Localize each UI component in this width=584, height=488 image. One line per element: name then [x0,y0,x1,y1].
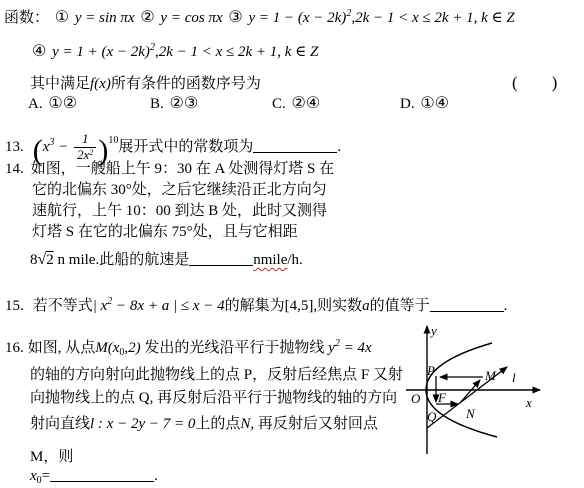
q16-line-l-equation: l : x − 2y − 7 = 0 [90,416,195,432]
q14-line2: 它的北偏东 30°处，之后它继续沿正北方向匀 [32,180,327,200]
q14-line5: 8√2 n mile.此船的航速是nmile/h. [30,250,303,270]
q13-answer-blank [253,141,337,153]
q15-mid2: 则实数 [317,298,362,314]
q14-radicand: 2 [46,252,54,268]
q16-line4-cn1: 射向直线 [30,416,90,432]
ray-n-to-m [460,380,480,403]
q12-answer-parens: () [512,73,557,93]
q14-number: 14. [5,161,24,177]
point-n-label: N [465,406,476,421]
q16-point-n: N, [240,416,254,432]
q12-option-d-value: ①④ [418,95,451,112]
q16-answer-blank [50,470,154,482]
q12-option-d: D. ①④ [400,93,451,113]
q14-line3-text: 速航行，上午 10：00 到达 B 处，此时又测得 [32,203,327,219]
q12-paren-close: ) [552,73,558,92]
q14-radical-sign: √ [38,251,47,268]
q14-speed-unit-rest: /h. [287,252,302,268]
q14-answer-blank [189,254,253,266]
line-l-label: l [512,370,516,385]
q12-option-b-label: B. [150,96,164,112]
q15-post: 的值等于 [370,298,430,314]
q13-fraction-denominator-exp: 2 [89,148,93,157]
q16-line4-cn3: 再反射后又射回点 [254,416,378,432]
q14-line4: 灯塔 S 在它的北偏东 75°处，且与它相距 [32,222,298,242]
q16-parabola-y: y [328,340,335,356]
q16-line4-cn2: 上的点 [195,416,240,432]
q15-var-a: a [362,298,370,314]
q12-lead-label: 函数： [4,10,49,26]
q14-line1: 14.如图，一艘船上午 9：30 在 A 处测得灯塔 S 在 [5,159,334,179]
q13-minus: − [54,139,72,155]
q13-outer-exponent: 10 [108,135,118,146]
q16-line3-text: 向抛物线上的点 Q, 再反射后沿平行于抛物线的轴的方向 [30,390,397,406]
q16-parabola-rest: = 4x [340,340,372,356]
q12-item2-number: ② [138,9,156,26]
q12-option-a-label: A. [28,96,43,112]
q12-functions-line2: ④ y = 1 + (x − 2k)2,2k − 1 < x ≤ 2k + 1,… [30,38,318,62]
q16-line3: 向抛物线上的点 Q, 再反射后沿平行于抛物线的轴的方向 [30,388,397,408]
q13-text: 展开式中的常数项为 [118,139,253,155]
q12-item2-formula: y = cos πx [160,10,222,26]
q16-x0-var: x [30,468,37,484]
q16-line4: 射向直线l : x − 2y − 7 = 0上的点N, 再反射后又射回点 [30,414,378,434]
focus-f-label: F [437,390,447,405]
q15-inequality: − 8x + a | ≤ x − 4 [112,298,224,314]
q16-line2: 的轴的方向射向此抛物线上的点 P，反射后经焦点 F 又射 [30,365,403,385]
q12-item1-formula: y = sin πx [75,10,135,26]
q14-line2-text: 它的北偏东 30°处，之后它继续沿正北方向匀 [32,182,327,198]
q12-option-a-value: ①② [46,95,79,112]
q15-mid: 的解集为 [225,298,285,314]
q14-line3: 速航行，上午 10：00 到达 B 处，此时又测得 [32,201,327,221]
q16-line5: M，则 [30,447,73,467]
q16-line1-cn2: 发出的光线沿平行于抛物线 [141,340,329,356]
x-axis-label: x [525,395,532,410]
q12-option-c-value: ②④ [290,95,323,112]
q12-stem-fx: f(x) [90,76,111,92]
q12-option-b: B. ②③ [150,93,200,113]
q12-item3-number: ③ [226,9,244,26]
q12-stem-pre: 其中满足 [30,76,90,92]
q15-pre: 若不等式 [33,298,93,314]
q14-speed-unit-word: nmile [253,252,287,268]
point-m-label: M [484,368,497,383]
q12-item4-number: ④ [30,43,48,60]
q15-abs-open: | x [93,298,108,314]
q12-option-d-label: D. [400,96,415,112]
q12-item1-number: ① [53,9,71,26]
y-axis-label: y [429,323,437,338]
q12-option-c: C. ②④ [272,93,322,113]
q16-line2-text: 的轴的方向射向此抛物线上的点 P，反射后经焦点 F 又射 [30,367,403,383]
q14-line5-text: 此船的航速是 [99,252,189,268]
q16-line5-text: M，则 [30,449,73,465]
point-p-label: P [426,363,435,378]
q12-item3-formula: y = 1 − (x − 2k) [248,10,346,26]
q16-number: 16. [5,340,24,356]
q12-item4-formula: y = 1 + (x − 2k) [52,44,150,60]
q12-item4-domain: ,2k − 1 < x ≤ 2k + 1, k ∈ Z [155,44,318,60]
q15-period: . [504,298,508,314]
q16-parabola-figure: y x O P M l F Q N [402,320,552,468]
q14-line1-text: 如图，一艘船上午 9：30 在 A 处测得灯塔 S 在 [31,161,334,177]
q16-line6: x0=. [30,466,158,488]
q12-option-b-value: ②③ [168,95,201,112]
q13-fraction-numerator: 1 [82,132,89,147]
q14-distance-coeff: 8 [30,252,38,268]
q16-line1: 16.如图, 从点M(x0,2) 发出的光线沿平行于抛物线 y2 = 4x [5,334,372,363]
origin-label: O [411,391,421,406]
q12-paren-open: ( [512,73,518,92]
exam-page: 函数： ① y = sin πx ② y = cos πx ③ y = 1 − … [0,0,584,488]
q16-line1-cn1: 如图, 从点 [28,340,96,356]
q12-option-c-label: C. [272,96,286,112]
q15-number: 15. [5,298,24,314]
q16-x0-equals: = [42,468,50,484]
point-q-label: Q [427,409,437,424]
q15-line: 15.若不等式| x2 − 8x + a | ≤ x − 4的解集为[4,5],… [5,292,507,316]
q12-option-a: A. ①② [28,93,79,113]
q15-interval: [4,5], [285,298,318,314]
q13-number: 13. [5,139,24,155]
q15-answer-blank [430,300,504,312]
q12-stem-post: 所有条件的函数序号为 [111,76,261,92]
q12-item3-domain: ,2k − 1 < x ≤ 2k + 1, k ∈ Z [351,10,514,26]
q16-point-m: M(x [95,340,119,356]
q13-period: . [337,139,341,155]
q16-point-m-rest: ,2) [124,340,140,356]
q12-functions-line1: 函数： ① y = sin πx ② y = cos πx ③ y = 1 − … [4,4,515,28]
q14-unit-nmile: n mile. [54,252,99,268]
q12-stem: 其中满足f(x)所有条件的函数序号为 [30,74,261,94]
q16-period: . [154,468,158,484]
q14-line4-text: 灯塔 S 在它的北偏东 75°处，且与它相距 [32,224,298,240]
